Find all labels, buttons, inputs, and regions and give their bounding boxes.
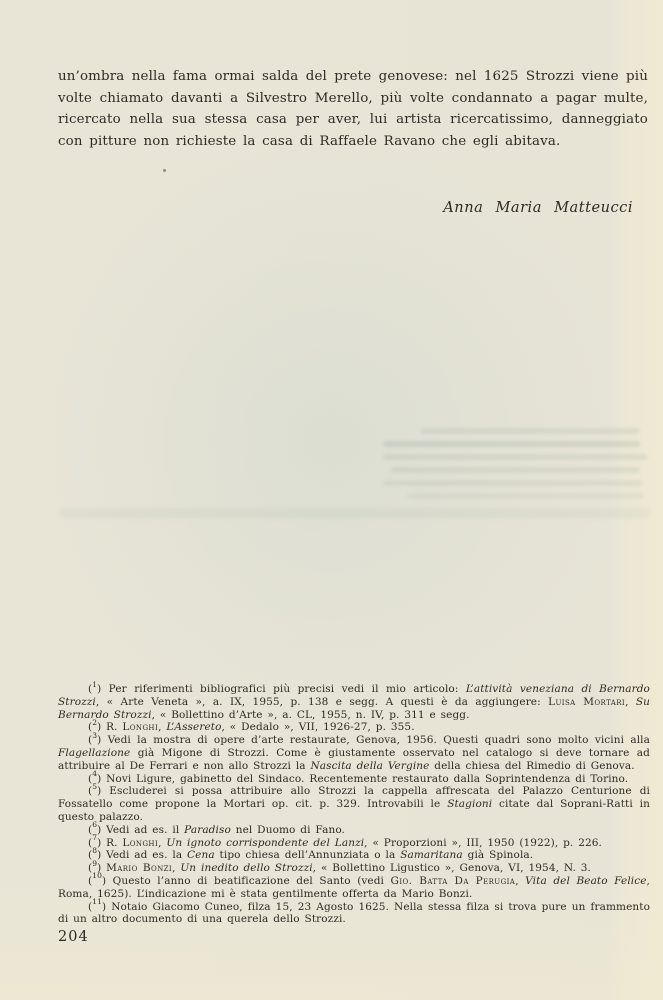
footnote-text-segment: , « Arte Veneta », a. IX, 1955, p. 138 e…	[96, 696, 548, 708]
footnote-text-segment: Stagioni	[447, 798, 492, 810]
body-paragraph: un’ombra nella fama ormai salda del pret…	[58, 66, 648, 152]
footnote-text-segment: , « Proporzioni », III, 1950 (1922), p. …	[364, 837, 602, 849]
footnote-6: (6) Vedi ad es. il Paradiso nel Duomo di…	[58, 824, 650, 837]
author-signature: Anna Maria Matteucci	[443, 199, 633, 216]
footnote-text-segment: , « Bollettino Ligustico », Genova, VI, …	[313, 862, 591, 874]
footnote-marker: (6)	[88, 824, 106, 836]
page-number: 204	[58, 929, 89, 945]
footnote-text-segment: , « Bollettino d’Arte », a. CL, 1955, n.…	[152, 709, 470, 721]
scanned-book-page: un’ombra nella fama ormai salda del pret…	[0, 0, 663, 1000]
footnote-marker: (3)	[88, 734, 108, 746]
footnote-text-segment: Vedi ad es. il	[106, 824, 184, 836]
footnote-text-segment: Longhi	[122, 721, 158, 733]
footnote-text-segment: Longhi	[122, 837, 158, 849]
footnote-text-segment: Questo l’anno di beatificazione del Sant…	[113, 875, 391, 887]
footnote-text-segment: ,	[515, 875, 525, 887]
footnote-text-segment: Un ignoto corrispondente del Lanzi	[166, 837, 364, 849]
footnote-text-segment: Un inedito dello Strozzi	[180, 862, 312, 874]
footnote-text-segment: L’Assereto	[166, 721, 221, 733]
footnote-text-segment: R.	[106, 721, 122, 733]
footnote-marker: (1)	[88, 683, 109, 695]
footnote-text-segment: R.	[106, 837, 122, 849]
footnote-text-segment: Vedi la mostra di opere d’arte restaurat…	[108, 734, 650, 746]
footnote-5: (5) Escluderei si possa attribuire allo …	[58, 785, 650, 823]
footnote-text-segment: Mario Bonzi	[106, 862, 172, 874]
footnote-text-segment: Vita del Beato Felice	[525, 875, 646, 887]
footnote-text-segment: Samaritana	[400, 849, 463, 861]
footnote-marker: (7)	[88, 837, 106, 849]
page-showthrough-artifact	[383, 428, 651, 514]
footnote-text-segment: della chiesa del Rimedio di Genova.	[429, 760, 634, 772]
footnote-text-segment: Cena	[187, 849, 215, 861]
footnote-text-segment: , « Dedalo », VII, 1926-27, p. 355.	[222, 721, 415, 733]
footnote-text-segment: Vedi ad es. la	[106, 849, 187, 861]
footnote-text-segment: Luisa Mortari	[548, 696, 625, 708]
footnote-text-segment: Gio. Batta Da Perugia	[391, 875, 516, 887]
footnote-text-segment: Paradiso	[184, 824, 231, 836]
footnote-text-segment: già Spinola.	[463, 849, 533, 861]
footnote-marker: (10)	[88, 875, 113, 887]
footnote-text-segment: Novi Ligure, gabinetto del Sindaco. Rece…	[106, 773, 628, 785]
footnote-marker: (11)	[88, 901, 111, 913]
footnote-9: (9) Mario Bonzi, Un inedito dello Strozz…	[58, 862, 650, 875]
footnotes-section: (1) Per riferimenti bibliografici più pr…	[58, 683, 650, 926]
footnote-text-segment: ,	[625, 696, 636, 708]
footnote-text-segment: tipo chiesa dell’Annunziata o la	[215, 849, 401, 861]
footnote-text-segment: Nascita della Vergine	[311, 760, 430, 772]
footnote-1: (1) Per riferimenti bibliografici più pr…	[58, 683, 650, 721]
footnote-text-segment: Per riferimenti bibliografici più precis…	[109, 683, 466, 695]
footnote-marker: (8)	[88, 849, 106, 861]
footnote-4: (4) Novi Ligure, gabinetto del Sindaco. …	[58, 773, 650, 786]
paper-speck	[163, 169, 166, 172]
footnote-marker: (5)	[88, 785, 109, 797]
footnote-7: (7) R. Longhi, Un ignoto corrispondente …	[58, 837, 650, 850]
footnote-3: (3) Vedi la mostra di opere d’arte resta…	[58, 734, 650, 772]
footnote-marker: (4)	[88, 773, 106, 785]
footnote-text-segment: Notaio Giacomo Cuneo, filza 15, 23 Agost…	[58, 901, 650, 926]
page-showthrough-artifact-2	[60, 508, 650, 518]
footnote-11: (11) Notaio Giacomo Cuneo, filza 15, 23 …	[58, 901, 650, 927]
footnote-10: (10) Questo l’anno di beatificazione del…	[58, 875, 650, 901]
footnote-text-segment: Flagellazione	[58, 747, 130, 759]
footnote-marker: (2)	[88, 721, 106, 733]
footnote-text-segment: nel Duomo di Fano.	[231, 824, 345, 836]
footnote-8: (8) Vedi ad es. la Cena tipo chiesa dell…	[58, 849, 650, 862]
footnote-2: (2) R. Longhi, L’Assereto, « Dedalo », V…	[58, 721, 650, 734]
